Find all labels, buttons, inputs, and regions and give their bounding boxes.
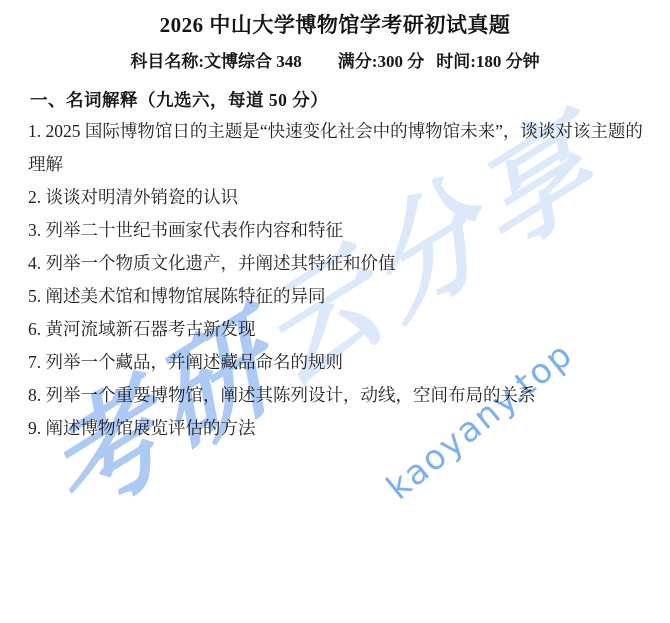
question-item-7: 7. 列举一个藏品，并阐述藏品命名的规则 bbox=[28, 346, 646, 379]
question-list: 1. 2025 国际博物馆日的主题是“快速变化社会中的博物馆未来”，谈谈对该主题… bbox=[28, 115, 646, 445]
duration-label: 时间:180 分钟 bbox=[436, 47, 539, 72]
question-item-8: 8. 列举一个重要博物馆，阐述其陈列设计，动线，空间布局的关系 bbox=[28, 379, 646, 412]
section-heading: 一、名词解释（九选六，每道 50 分） bbox=[30, 87, 328, 112]
question-item-3: 3. 列举二十世纪书画家代表作内容和特征 bbox=[28, 214, 646, 247]
question-item-4: 4. 列举一个物质文化遗产，并阐述其特征和价值 bbox=[28, 247, 646, 280]
subject-name-label: 科目名称:文博综合 348 bbox=[130, 47, 301, 72]
page-title: 2026 中山大学博物馆学考研初试真题 bbox=[0, 9, 670, 39]
score-time-group: 满分:300 分 时间:180 分钟 bbox=[338, 47, 540, 72]
question-item-9: 9. 阐述博物馆展览评估的方法 bbox=[28, 412, 646, 445]
exam-paper-page: 2026 中山大学博物馆学考研初试真题 科目名称:文博综合 348 满分:300… bbox=[0, 0, 670, 623]
exam-meta-row: 科目名称:文博综合 348 满分:300 分 时间:180 分钟 bbox=[0, 47, 670, 72]
question-item-2: 2. 谈谈对明清外销瓷的认识 bbox=[28, 181, 646, 214]
question-item-6: 6. 黄河流域新石器考古新发现 bbox=[28, 313, 646, 346]
full-score-label: 满分:300 分 bbox=[338, 47, 424, 72]
question-item-5: 5. 阐述美术馆和博物馆展陈特征的异同 bbox=[28, 280, 646, 313]
question-item-1: 1. 2025 国际博物馆日的主题是“快速变化社会中的博物馆未来”，谈谈对该主题… bbox=[28, 115, 646, 181]
